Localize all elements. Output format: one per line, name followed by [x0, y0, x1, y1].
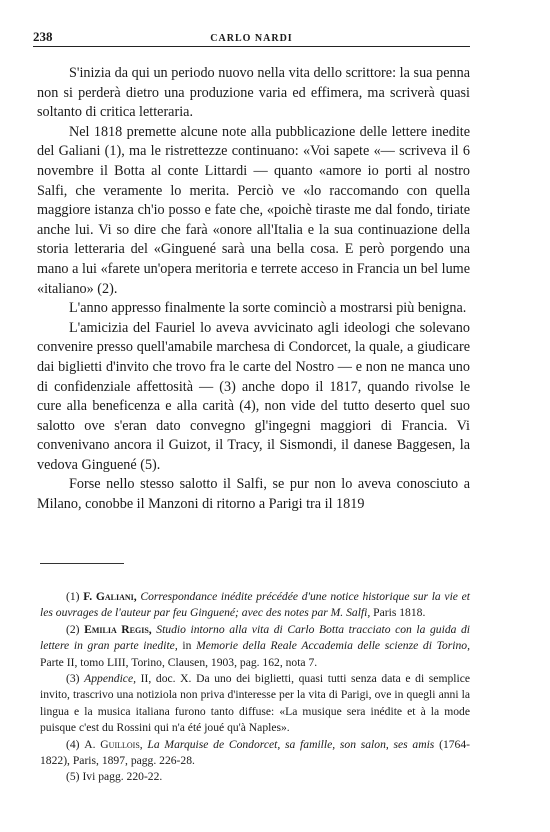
- footnote-marker: (5): [66, 770, 80, 783]
- footnote-marker: (2): [66, 623, 80, 636]
- paragraph: S'inizia da qui un periodo nuovo nella v…: [37, 64, 470, 123]
- paragraph: Nel 1818 premette alcune note alla pubbl…: [37, 123, 470, 299]
- footnote-marker: (4): [66, 738, 80, 751]
- footnote-marker: (3): [66, 672, 80, 685]
- footnote-3: (3) Appendice, II, doc. X. Da uno dei bi…: [40, 671, 470, 737]
- body-text: S'inizia da qui un periodo nuovo nella v…: [37, 64, 470, 515]
- footnote-author: A. Guillois,: [84, 738, 142, 751]
- footnote-title: Appendice,: [84, 672, 136, 685]
- page-header: 238 CARLO NARDI: [33, 24, 470, 44]
- footnote-title: La Marquise de Condorcet, sa famille, so…: [147, 738, 434, 751]
- paragraph: L'amicizia del Fauriel lo aveva avvicina…: [37, 319, 470, 476]
- book-page: 238 CARLO NARDI S'inizia da qui un perio…: [0, 0, 550, 832]
- footnote-rest: Paris 1818.: [373, 606, 425, 619]
- footnotes: (1) F. Galiani, Correspondance inédite p…: [40, 589, 470, 786]
- header-rule: [33, 46, 470, 47]
- paragraph: L'anno appresso finalmente la sorte comi…: [37, 299, 470, 319]
- footnote-journal: Memorie della Reale Accademia delle scie…: [196, 639, 470, 652]
- footnote-separator: [40, 563, 124, 564]
- footnote-rest: Ivi pagg. 220-22.: [82, 770, 162, 783]
- footnote-marker: (1): [66, 590, 80, 603]
- running-head: CARLO NARDI: [33, 33, 470, 44]
- footnote-author: F. Galiani,: [83, 590, 136, 603]
- footnote-1: (1) F. Galiani, Correspondance inédite p…: [40, 589, 470, 622]
- footnote-connector: in: [182, 639, 191, 652]
- paragraph: Forse nello stesso salotto il Salfi, se …: [37, 475, 470, 514]
- footnote-5: (5) Ivi pagg. 220-22.: [40, 769, 470, 785]
- footnote-2: (2) Emilia Regis, Studio intorno alla vi…: [40, 622, 470, 671]
- footnote-4: (4) A. Guillois, La Marquise de Condorce…: [40, 737, 470, 770]
- footnote-rest: Parte II, tomo LIII, Torino, Clausen, 19…: [40, 656, 317, 669]
- footnote-author: Emilia Regis,: [84, 623, 152, 636]
